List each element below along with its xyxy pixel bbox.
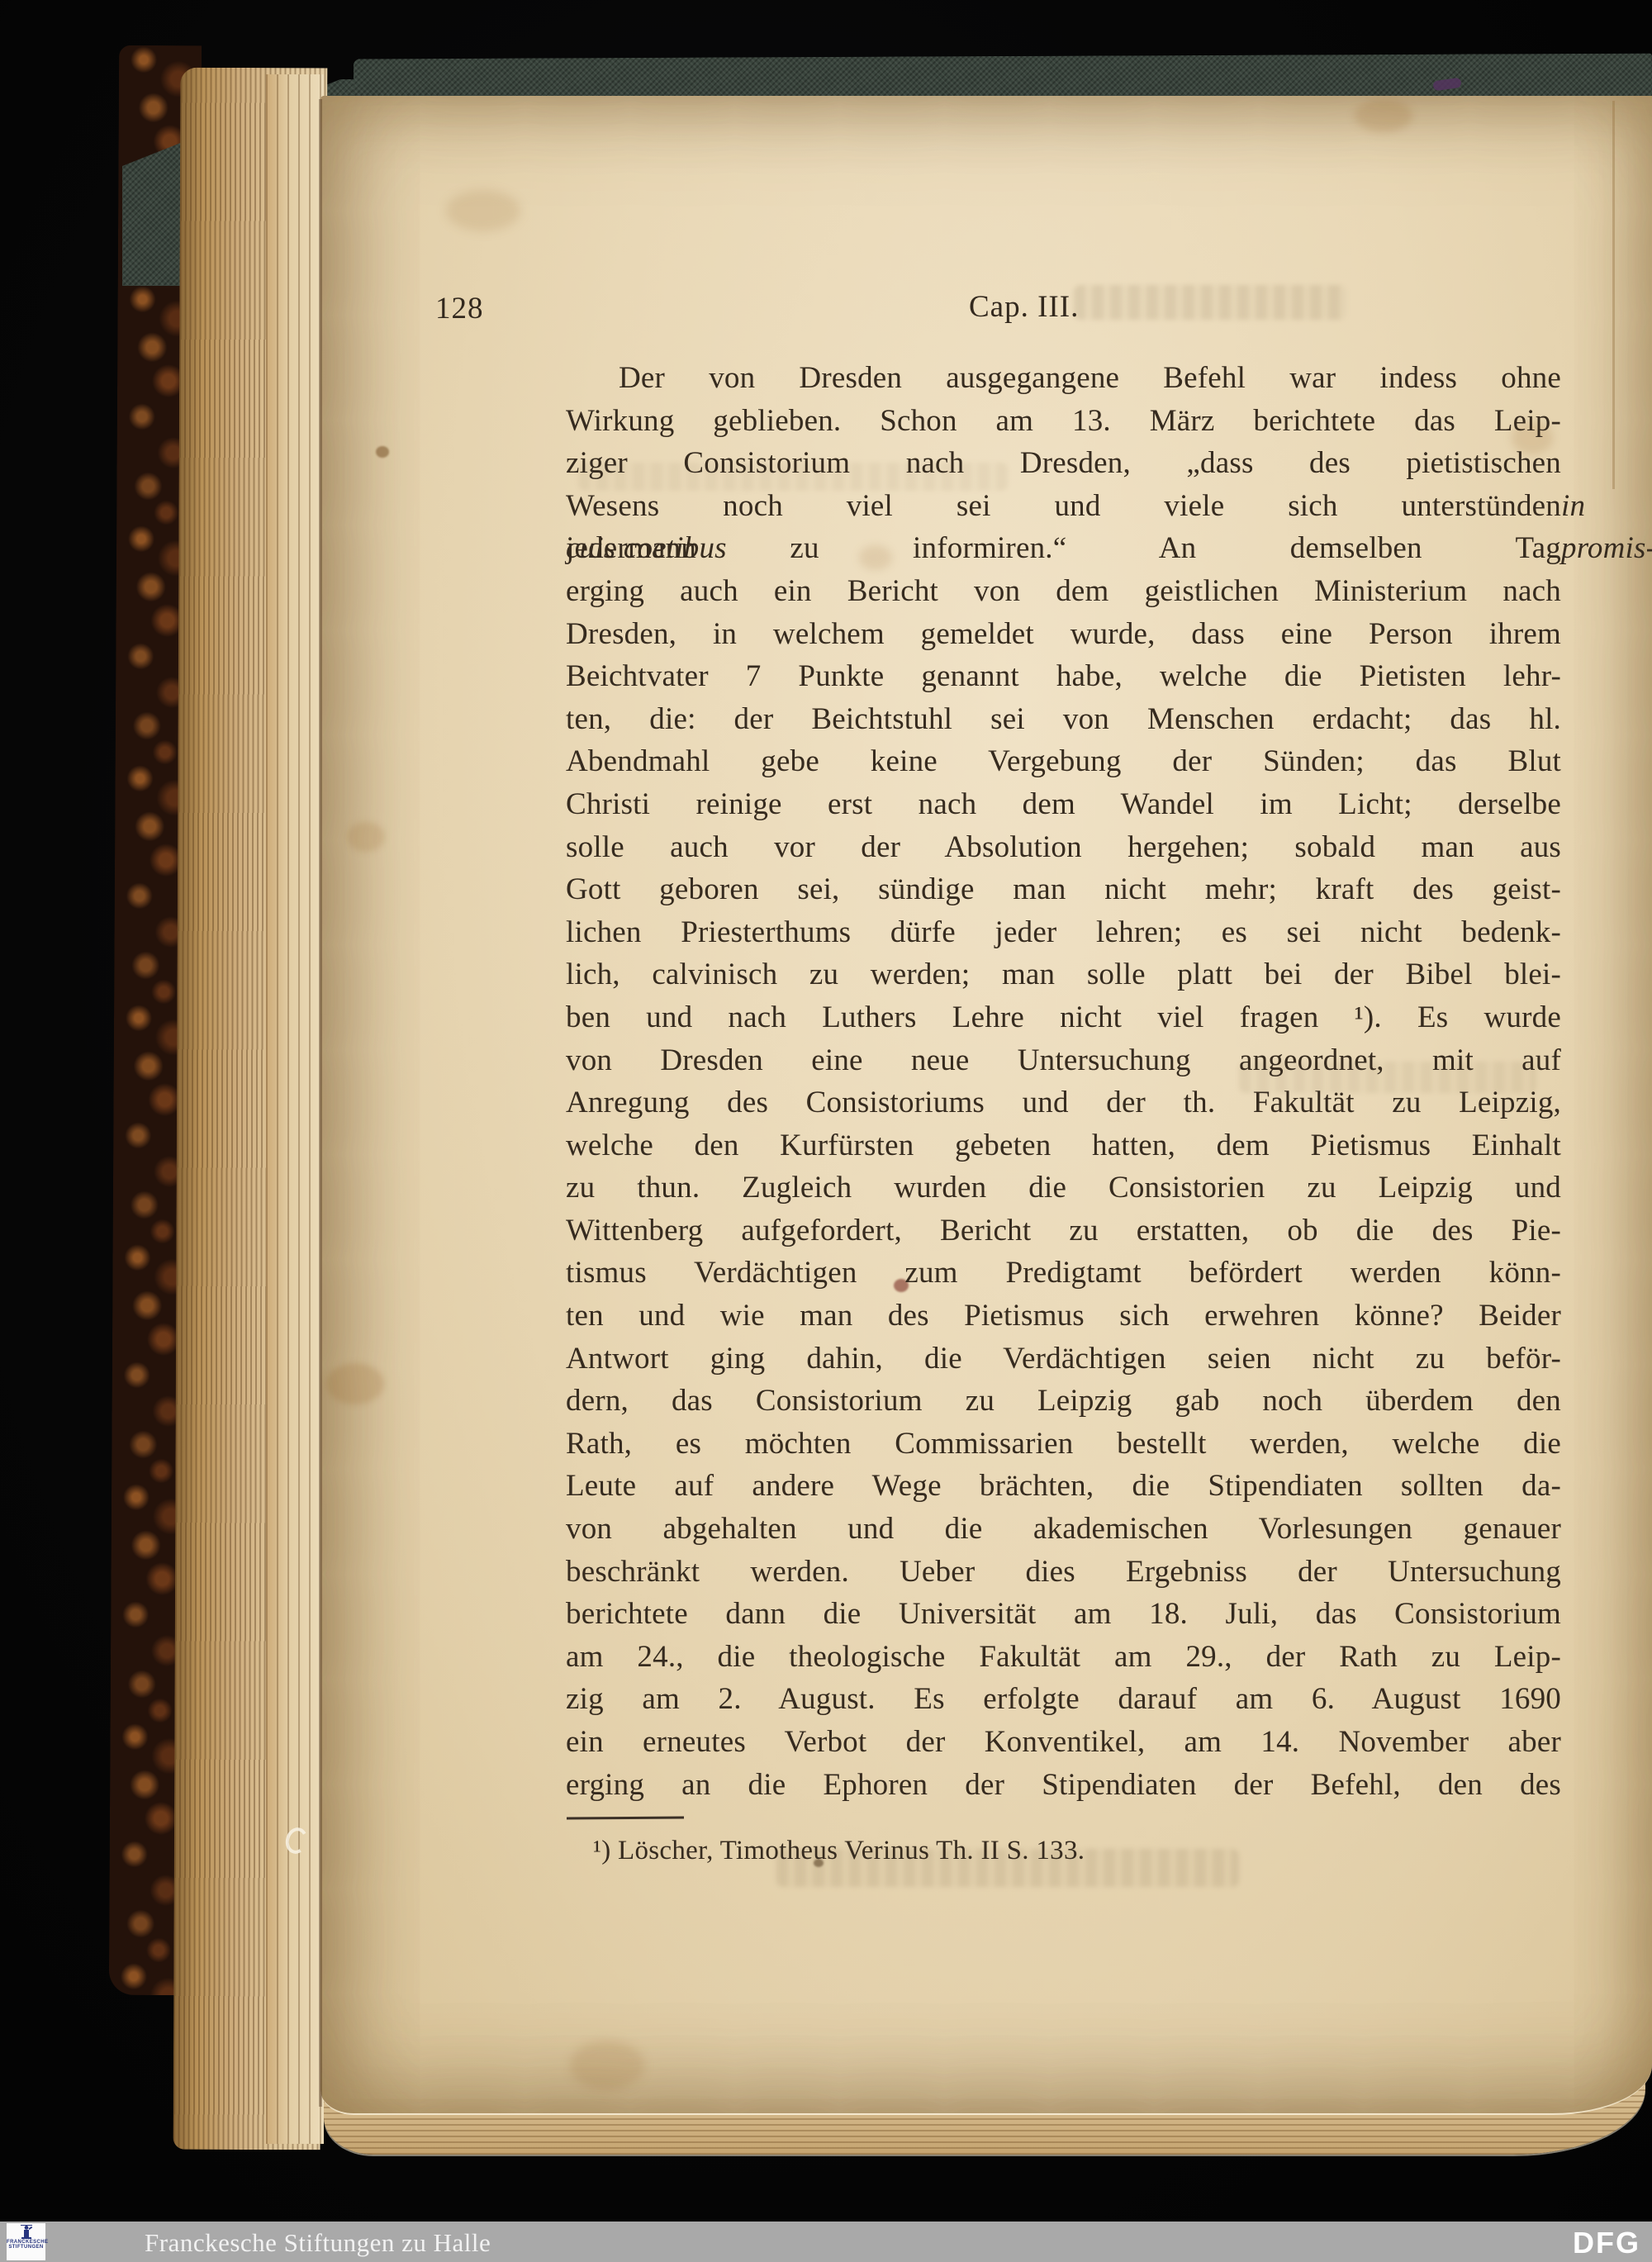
page-number: 128 bbox=[435, 291, 484, 326]
body-text-line: ten, die: der Beichtstuhl sei von Mensch… bbox=[566, 698, 1561, 741]
foxing-stain bbox=[570, 2041, 644, 2090]
foxing-stain bbox=[376, 446, 389, 458]
body-text-line: ziger Consistorium nach Dresden, „dass d… bbox=[566, 442, 1561, 485]
body-text: Der von Dresden ausgegangene Befehl war … bbox=[566, 357, 1561, 1806]
body-text-line: erging auch ein Bericht von dem geistlic… bbox=[566, 570, 1561, 613]
body-text-line: Dresden, in welchem gemeldet wurde, dass… bbox=[566, 613, 1561, 656]
body-text-line: lichen Priesterthums dürfe jeder lehren;… bbox=[566, 911, 1561, 954]
foxing-stain bbox=[1355, 99, 1412, 132]
body-text-line: welche den Kurfürsten gebeten hatten, de… bbox=[566, 1124, 1561, 1167]
franckesche-logo-icon bbox=[20, 2225, 33, 2240]
body-text-line: Wesens noch viel sei und viele sich unte… bbox=[566, 485, 1561, 528]
body-text-line: Gott geboren sei, sündige man nicht mehr… bbox=[566, 868, 1561, 911]
foxing-stain bbox=[347, 822, 385, 852]
body-text-line: erging an die Ephoren der Stipendiaten d… bbox=[566, 1764, 1561, 1807]
body-text-line: berichtete dann die Universität am 18. J… bbox=[566, 1593, 1561, 1636]
chapter-header: Cap. III. bbox=[969, 289, 1079, 325]
dfg-logo: DFG bbox=[1573, 2226, 1640, 2260]
footnote: ¹) Löscher, Timotheus Verinus Th. II S. … bbox=[593, 1836, 1085, 1866]
showthrough-smudge bbox=[1074, 285, 1346, 320]
page-gutter-crease bbox=[319, 99, 322, 2107]
page-right-fold-line bbox=[1612, 101, 1615, 489]
body-text-line: tismus Verdächtigen zum Predigtamt beför… bbox=[566, 1252, 1561, 1295]
body-text-line: zig am 2. August. Es erfolgte darauf am … bbox=[566, 1678, 1561, 1721]
body-text-line: am 24., die theologische Fakultät am 29.… bbox=[566, 1636, 1561, 1679]
body-text-line: Abendmahl gebe keine Vergebung der Sünde… bbox=[566, 740, 1561, 783]
book-page: 128 Cap. III. Der von Dresden ausgegange… bbox=[320, 96, 1652, 2115]
body-text-line: ten und wie man des Pietismus sich erweh… bbox=[566, 1295, 1561, 1338]
body-text-line: Leute auf andere Wege brächten, die Stip… bbox=[566, 1465, 1561, 1508]
foxing-stain bbox=[446, 190, 520, 231]
franckesche-logo: FRANCKESCHE STIFTUNGEN bbox=[7, 2223, 45, 2260]
body-text-line: beschränkt werden. Ueber dies Ergebniss … bbox=[566, 1551, 1561, 1594]
body-text-line: von abgehalten und die akademischen Vorl… bbox=[566, 1508, 1561, 1551]
body-text-line: solle auch vor der Absolution hergehen; … bbox=[566, 826, 1561, 869]
body-text-line: Beichtvater 7 Punkte genannt habe, welch… bbox=[566, 655, 1561, 698]
body-text-line: cuis coetibus jedermann zu informiren.“ … bbox=[566, 527, 1561, 570]
scanned-book-photo: 128 Cap. III. Der von Dresden ausgegange… bbox=[0, 0, 1652, 2262]
body-text-line: Rath, es möchten Commissarien bestellt w… bbox=[566, 1423, 1561, 1466]
foxing-stain bbox=[326, 1363, 384, 1404]
institution-name: Franckesche Stiftungen zu Halle bbox=[145, 2228, 491, 2258]
body-text-line: Wittenberg aufgefordert, Bericht zu erst… bbox=[566, 1209, 1561, 1252]
body-text-line: Der von Dresden ausgegangene Befehl war … bbox=[566, 357, 1561, 400]
body-text-line: Antwort ging dahin, die Verdächtigen sei… bbox=[566, 1338, 1561, 1380]
body-text-line: Anregung des Consistoriums und der th. F… bbox=[566, 1081, 1561, 1124]
footer-bar: FRANCKESCHE STIFTUNGEN Franckesche Stift… bbox=[0, 2222, 1652, 2262]
body-text-line: dern, das Consistorium zu Leipzig gab no… bbox=[566, 1380, 1561, 1423]
body-text-line: lich, calvinisch zu werden; man solle pl… bbox=[566, 953, 1561, 996]
body-text-line: zu thun. Zugleich wurden die Consistorie… bbox=[566, 1167, 1561, 1209]
body-text-line: ben und nach Luthers Lehre nicht viel fr… bbox=[566, 996, 1561, 1039]
body-text-line: von Dresden eine neue Untersuchung angeo… bbox=[566, 1039, 1561, 1082]
franckesche-logo-text-2: STIFTUNGEN bbox=[7, 2245, 45, 2250]
footnote-rule bbox=[567, 1817, 684, 1820]
body-text-line: Christi reinige erst nach dem Wandel im … bbox=[566, 783, 1561, 826]
body-text-line: ein erneutes Verbot der Konventikel, am … bbox=[566, 1721, 1561, 1764]
body-text-line: Wirkung geblieben. Schon am 13. März ber… bbox=[566, 400, 1561, 443]
